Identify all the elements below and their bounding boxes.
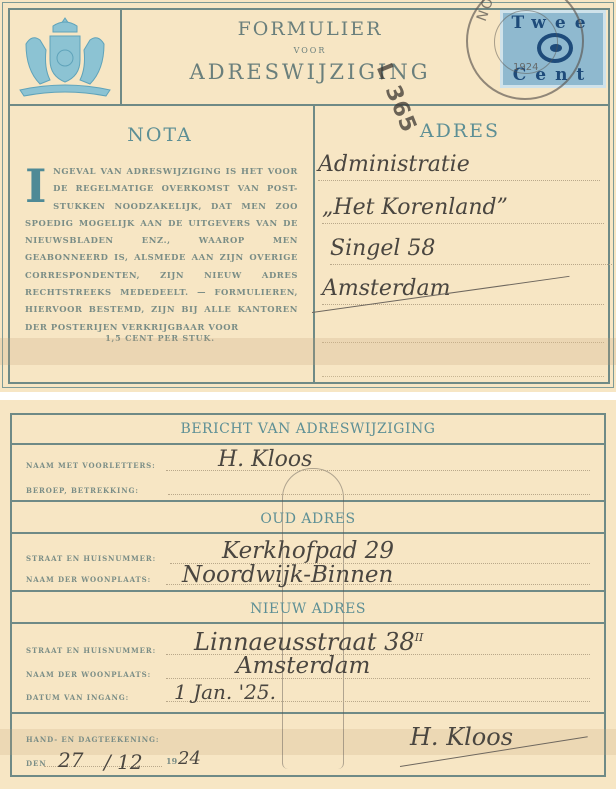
nieuw-adres-title: NIEUW ADRES: [10, 601, 606, 617]
date-day: 27: [58, 748, 83, 772]
date-century: 19: [166, 756, 177, 766]
oud-plaats-value: Noordwijk-Binnen: [182, 562, 393, 588]
beroep-field[interactable]: [168, 493, 590, 495]
date-year: 24: [178, 748, 201, 769]
nieuw-straat-value: Linnaeusstraat 38II: [194, 628, 423, 656]
address-line-3: Singel 58: [330, 236, 612, 265]
divider: [10, 443, 606, 445]
nota-dropcap: I: [25, 165, 47, 207]
coat-of-arms-icon: [12, 14, 118, 100]
naam-label: NAAM MET VOORLETTERS:: [26, 461, 156, 470]
postcard-front: FORMULIER VOOR ADRESWIJZIGING NOTA I NGE…: [0, 0, 616, 392]
back-title: BERICHT VAN ADRESWIJZIGING: [10, 421, 606, 437]
address-line-1: Administratie: [318, 152, 600, 181]
nota-paragraph: NGEVAL VAN ADRESWIJZIGING IS HET VOOR DE…: [25, 166, 298, 332]
oud-straat-label: STRAAT EN HUISNUMMER:: [26, 554, 156, 563]
beroep-label: BEROEP, BETREKKING:: [26, 486, 139, 495]
signature: H. Kloos: [410, 723, 513, 751]
form-title: FORMULIER: [200, 18, 420, 40]
nota-text: I NGEVAL VAN ADRESWIJZIGING IS HET VOOR …: [25, 163, 298, 336]
nota-heading: NOTA: [20, 124, 300, 146]
hand-dagteekening-label: HAND- EN DAGTEEKENING:: [26, 735, 159, 744]
nieuw-plaats-label: NAAM DER WOONPLAATS:: [26, 670, 151, 679]
date-month: / 12: [104, 750, 143, 774]
oud-plaats-label: NAAM DER WOONPLAATS:: [26, 575, 151, 584]
datum-label: DATUM VAN INGANG:: [26, 693, 129, 702]
naam-value: H. Kloos: [218, 447, 312, 472]
datum-value: 1 Jan. '25.: [174, 680, 276, 704]
postmark-town: NOO: [474, 0, 502, 23]
header-divider: [8, 104, 610, 106]
adres-heading: ADRES: [320, 120, 600, 142]
nieuw-plaats-value: Amsterdam: [236, 653, 370, 679]
form-title-voor: VOOR: [200, 46, 420, 55]
oud-adres-title: OUD ADRES: [10, 511, 606, 527]
address-line-2: „Het Korenland”: [322, 195, 604, 224]
nieuw-plaats-field[interactable]: [166, 677, 590, 679]
nieuw-straat-label: STRAAT EN HUISNUMMER:: [26, 646, 156, 655]
form-subtitle: ADRESWIJZIGING: [175, 60, 445, 84]
postmark-year: 1924: [513, 62, 538, 73]
arms-divider: [120, 8, 122, 105]
fold-shadow: [0, 338, 616, 365]
oud-straat-value: Kerkhofpad 29: [222, 538, 394, 564]
floor-superscript: II: [415, 631, 424, 644]
